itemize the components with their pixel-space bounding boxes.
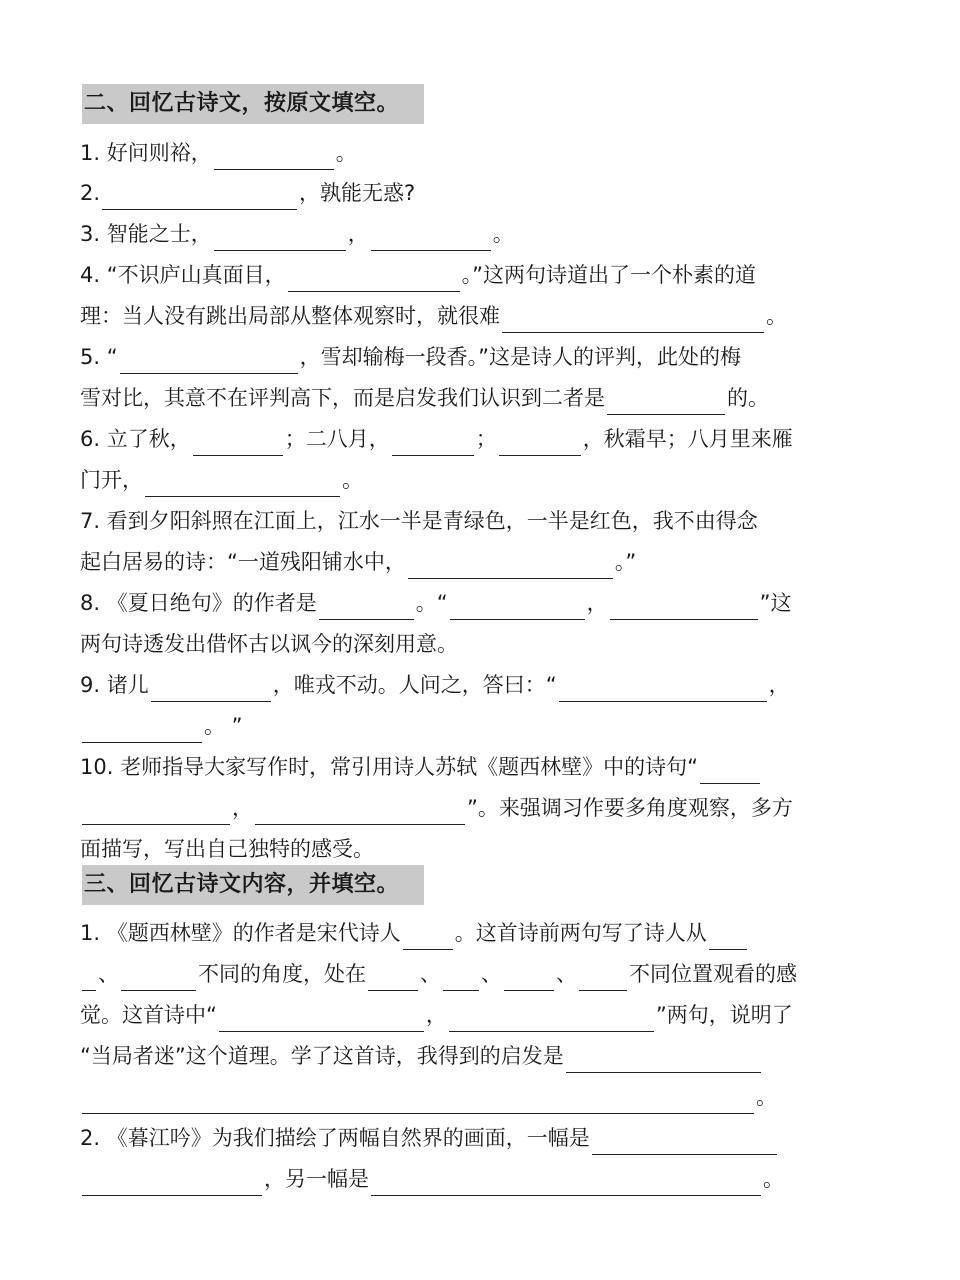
question-text: 。” [615, 545, 636, 579]
question-text: 不同的角度，处在 [198, 957, 366, 991]
answer-blank[interactable] [82, 720, 202, 743]
question-line: 起白居易的诗：“一道残阳铺水中，。” [80, 545, 636, 579]
question-line: “当局者迷”这个道理。学了这首诗，我得到的启发是 [80, 1039, 763, 1073]
question-line: 面描写，写出自己独特的感受。 [80, 832, 374, 866]
answer-blank[interactable] [700, 761, 760, 784]
answer-blank[interactable] [579, 968, 627, 991]
question-text: 4. “不识庐山真面目， [80, 258, 286, 292]
answer-blank[interactable] [121, 968, 196, 991]
answer-blank[interactable] [610, 597, 758, 620]
question-text: ，孰能无惑? [299, 176, 415, 210]
question-text: ， [348, 217, 369, 251]
question-text: 2. [80, 176, 100, 210]
answer-blank[interactable] [102, 187, 297, 210]
question-line: 理：当人没有跳出局部从整体观察时，就很难。 [80, 299, 787, 333]
question-text: 1. 好问则裕， [80, 136, 212, 170]
question-text: 门开， [80, 463, 143, 497]
question-text: 7. 看到夕阳斜照在江面上，江水一半是青绿色，一半是红色，我不由得念 [80, 504, 758, 538]
question-text: 。”这两句诗道出了一个朴素的道 [462, 258, 756, 292]
answer-blank[interactable] [709, 927, 747, 950]
question-text: ， [587, 586, 608, 620]
question-text: ，另一幅是 [264, 1162, 369, 1196]
answer-blank[interactable] [449, 1009, 654, 1032]
answer-blank[interactable] [82, 1173, 262, 1196]
question-text: 觉。这首诗中“ [80, 998, 217, 1032]
question-line: 8. 《夏日绝句》的作者是。“，”这 [80, 586, 792, 620]
question-text: 。 [342, 463, 363, 497]
answer-blank[interactable] [607, 392, 725, 415]
question-text: 起白居易的诗：“一道残阳铺水中， [80, 545, 406, 579]
answer-blank[interactable] [214, 228, 346, 251]
question-text: 不同位置观看的感 [629, 957, 797, 991]
question-text: 。 ” [204, 709, 243, 743]
answer-blank[interactable] [368, 968, 418, 991]
question-text: 两句诗透发出借怀古以讽今的深刻用意。 [80, 627, 458, 661]
question-text: 8. 《夏日绝句》的作者是 [80, 586, 317, 620]
question-text: 、 [556, 957, 577, 991]
question-line: 。 ” [80, 709, 243, 743]
question-text: ，雪却输梅一段香。”这是诗人的评判，此处的梅 [300, 340, 741, 374]
answer-blank[interactable] [504, 968, 554, 991]
question-text: 、 [481, 957, 502, 991]
question-text: ， [232, 791, 253, 825]
question-line: 2. ，孰能无惑? [80, 176, 415, 210]
question-text: 。这首诗前两句写了诗人从 [455, 916, 707, 950]
question-text: 的。 [727, 381, 769, 415]
answer-blank[interactable] [120, 351, 298, 374]
question-text: 理：当人没有跳出局部从整体观察时，就很难 [80, 299, 500, 333]
answer-blank[interactable] [319, 597, 414, 620]
question-line: 1. 好问则裕，。 [80, 136, 357, 170]
question-line: 4. “不识庐山真面目，。”这两句诗道出了一个朴素的道 [80, 258, 756, 292]
answer-blank[interactable] [82, 968, 96, 991]
answer-blank[interactable] [392, 433, 474, 456]
question-text: 。“ [416, 586, 448, 620]
question-line: 觉。这首诗中“，”两句，说明了 [80, 998, 793, 1032]
answer-blank[interactable] [408, 556, 613, 579]
question-line: 7. 看到夕阳斜照在江面上，江水一半是青绿色，一半是红色，我不由得念 [80, 504, 758, 538]
question-line: 两句诗透发出借怀古以讽今的深刻用意。 [80, 627, 458, 661]
answer-blank[interactable] [371, 1173, 761, 1196]
question-text: ，唯戎不动。人问之，答曰：“ [273, 668, 557, 702]
answer-blank[interactable] [214, 147, 334, 170]
question-text: 10. 老师指导大家写作时，常引用诗人苏轼《题西林壁》中的诗句“ [80, 750, 698, 784]
question-line: 、不同的角度，处在、、、不同位置观看的感 [80, 957, 797, 991]
question-text: 面描写，写出自己独特的感受。 [80, 832, 374, 866]
question-text: ”两句，说明了 [656, 998, 793, 1032]
question-text: ”这 [760, 586, 792, 620]
answer-blank[interactable] [450, 597, 585, 620]
question-text: 。 [766, 299, 787, 333]
question-text: ；二八月， [285, 422, 390, 456]
question-text: ，秋霜早；八月里来雁 [583, 422, 793, 456]
question-line: 2. 《暮江吟》为我们描绘了两幅自然界的画面，一幅是 [80, 1121, 779, 1155]
section-header: 二、回忆古诗文，按原文填空。 [82, 84, 424, 124]
question-text: 雪对比，其意不在评判高下，而是启发我们认识到二者是 [80, 381, 605, 415]
question-text: 。 [493, 217, 514, 251]
question-text: 5. “ [80, 340, 118, 374]
question-text: 6. 立了秋， [80, 422, 191, 456]
question-text: 。 [336, 136, 357, 170]
question-text: 、 [420, 957, 441, 991]
answer-blank[interactable] [193, 433, 283, 456]
question-text: ， [426, 998, 447, 1032]
answer-blank[interactable] [255, 802, 465, 825]
question-text: 3. 智能之士， [80, 217, 212, 251]
question-line: ，另一幅是。 [80, 1162, 784, 1196]
answer-blank[interactable] [499, 433, 581, 456]
question-line: 1. 《题西林壁》的作者是宋代诗人。这首诗前两句写了诗人从 [80, 916, 749, 950]
question-text: 。 [763, 1162, 784, 1196]
answer-blank[interactable] [443, 968, 479, 991]
question-line: 10. 老师指导大家写作时，常引用诗人苏轼《题西林壁》中的诗句“ [80, 750, 762, 784]
question-text: 1. 《题西林壁》的作者是宋代诗人 [80, 916, 401, 950]
answer-blank[interactable] [559, 679, 767, 702]
answer-blank[interactable] [219, 1009, 424, 1032]
question-text: ； [476, 422, 497, 456]
answer-blank[interactable] [403, 927, 453, 950]
answer-blank[interactable] [502, 310, 764, 333]
question-text: ”。来强调习作要多角度观察，多方 [467, 791, 793, 825]
section-header: 三、回忆古诗文内容，并填空。 [82, 865, 424, 905]
answer-blank[interactable] [82, 802, 230, 825]
question-line: 雪对比，其意不在评判高下，而是启发我们认识到二者是的。 [80, 381, 769, 415]
answer-blank[interactable] [371, 228, 491, 251]
question-line: 门开，。 [80, 463, 363, 497]
question-text: “当局者迷”这个道理。学了这首诗，我得到的启发是 [80, 1039, 564, 1073]
question-line: ，”。来强调习作要多角度观察，多方 [80, 791, 793, 825]
question-line: 3. 智能之士，，。 [80, 217, 514, 251]
question-text: 2. 《暮江吟》为我们描绘了两幅自然界的画面，一幅是 [80, 1121, 590, 1155]
question-line: 9. 诸儿，唯戎不动。人问之，答曰：“， [80, 668, 790, 702]
answer-blank[interactable] [145, 474, 340, 497]
question-text: 。 [756, 1080, 777, 1114]
answer-blank[interactable] [592, 1132, 777, 1155]
answer-blank[interactable] [288, 269, 460, 292]
question-text: ， [769, 668, 790, 702]
answer-blank[interactable] [566, 1050, 761, 1073]
question-text: 9. 诸儿 [80, 668, 149, 702]
question-text: 、 [98, 957, 119, 991]
question-line: 5. “，雪却输梅一段香。”这是诗人的评判，此处的梅 [80, 340, 741, 374]
answer-blank[interactable] [82, 1091, 754, 1114]
question-line: 。 [80, 1080, 777, 1114]
question-line: 6. 立了秋，；二八月，；，秋霜早；八月里来雁 [80, 422, 793, 456]
answer-blank[interactable] [151, 679, 271, 702]
